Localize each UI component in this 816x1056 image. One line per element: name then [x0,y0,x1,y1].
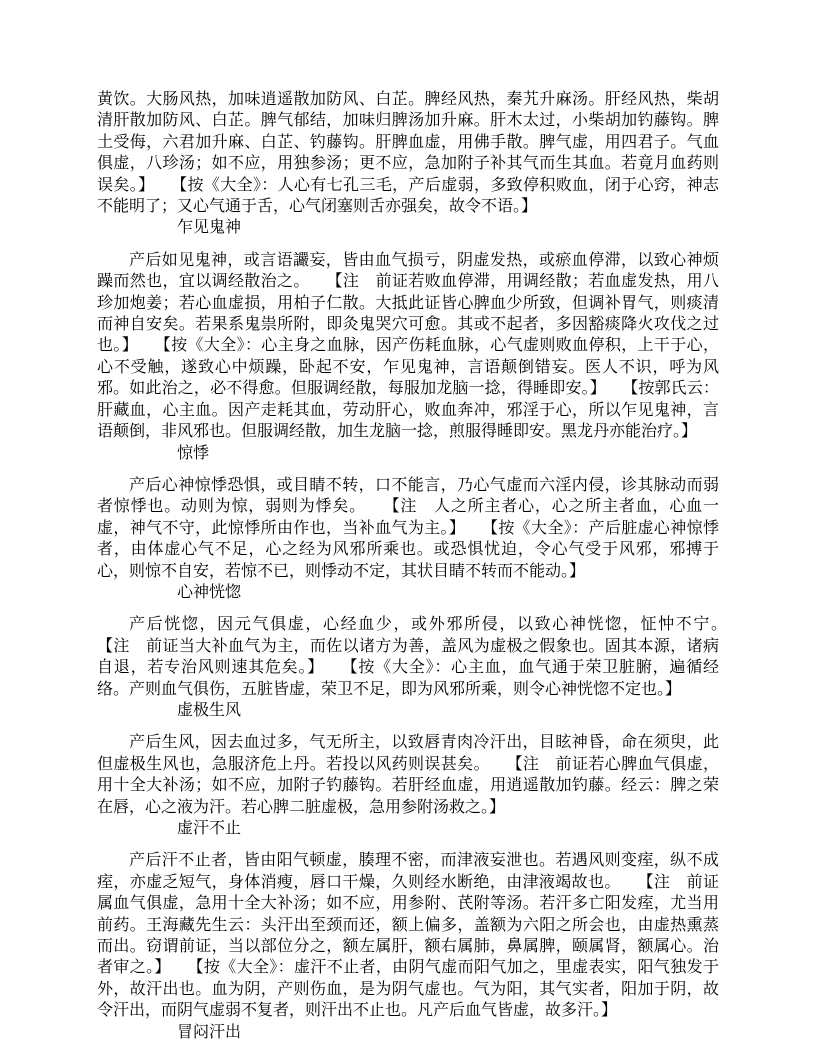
paragraph-jing-ji: 产后心神惊悸恐惧，或目睛不转，口不能言，乃心气虚而六淫内侵，诊其脉动而弱者惊悸也… [97,475,719,582]
document-page: 黄饮。大肠风热，加味逍遥散加防风、白芷。脾经风热，秦艽升麻汤。肝经风热，柴胡清肝… [0,0,816,1056]
section-heading-xu-han-bu-zhi: 虚汗不止 [97,818,719,839]
paragraph-xin-shen-huang-hu: 产后恍惚，因元气俱虚，心经血少，或外邪所侵，以致心神恍惚，怔忡不宁。 【注 前证… [97,614,719,700]
text-body: 黄饮。大肠风热，加味逍遥散加防风、白芷。脾经风热，秦艽升麻汤。肝经风热，柴胡清肝… [97,89,719,1043]
section-heading-xin-shen-huang-hu: 心神恍惚 [97,582,719,603]
section-heading-mao-men-han-chu: 冒闷汗出 [97,1022,719,1043]
paragraph-xu-han-bu-zhi: 产后汗不止者，皆由阳气顿虚，腠理不密，而津液妄泄也。若遇风则变痓，纵不成痓，亦虚… [97,850,719,1021]
section-heading-zha-jian-gui-shen: 乍见鬼神 [97,217,719,238]
paragraph-xu-ji-sheng-feng: 产后生风，因去血过多，气无所主，以致唇青肉冷汗出，目眩神昏，命在须臾，此但虚极生… [97,732,719,818]
section-heading-jing-ji: 惊悸 [97,443,719,464]
paragraph-zha-jian-gui-shen: 产后如见鬼神，或言语讝妄，皆由血气损亏，阴虚发热，或瘀血停滞，以致心神烦躁而然也… [97,250,719,443]
section-heading-xu-ji-sheng-feng: 虚极生风 [97,700,719,721]
paragraph-continuation-top: 黄饮。大肠风热，加味逍遥散加防风、白芷。脾经风热，秦艽升麻汤。肝经风热，柴胡清肝… [97,89,719,217]
